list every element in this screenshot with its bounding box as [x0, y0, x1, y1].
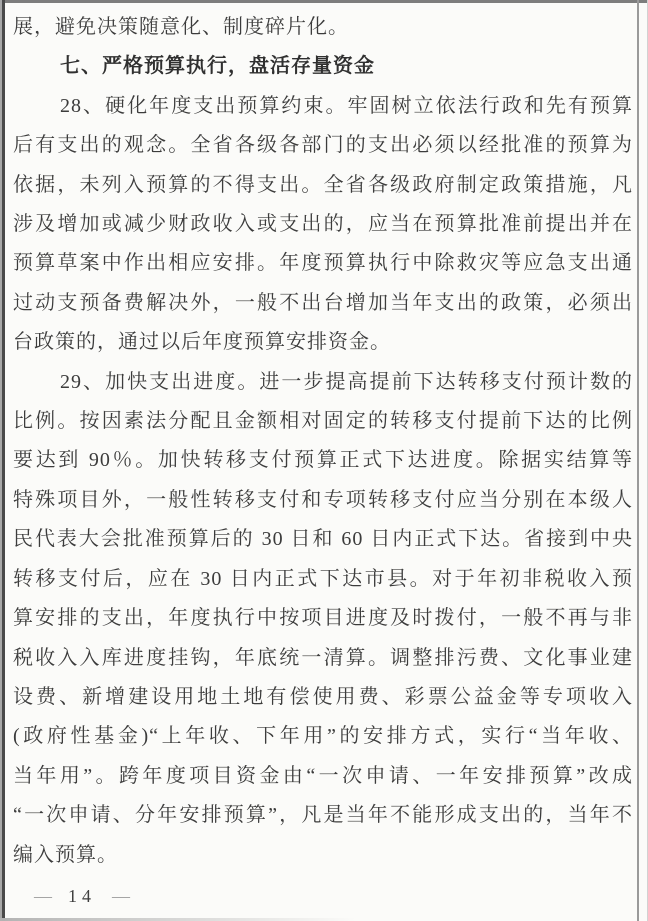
page-number: 14	[68, 886, 96, 907]
footer-right-dash: —	[112, 886, 130, 907]
text-line: 比例。按因素法分配且金额相对固定的转移支付提前下达的比例	[13, 402, 633, 441]
text-line: 民代表大会批准预算后的 30 日和 60 日内正式下达。省接到中央	[13, 520, 633, 559]
text-line: 编入预算。	[13, 836, 633, 875]
document-body: 展，避免决策随意化、制度碎片化。 七、严格预算执行，盘活存量资金 28、硬化年度…	[13, 8, 633, 875]
text-line: 税收入入库进度挂钩，年底统一清算。调整排污费、文化事业建	[13, 639, 633, 678]
text-line: 特殊项目外，一般性转移支付和专项转移支付应当分别在本级人	[13, 481, 633, 520]
text-line: 台政策的，通过以后年度预算安排资金。	[13, 323, 633, 362]
text-line: 涉及增加或减少财政收入或支出的，应当在预算批准前提出并在	[13, 205, 633, 244]
text-line: 当年用”。跨年度项目资金由“一次申请、一年安排预算”改成	[13, 757, 633, 796]
text-line: 过动支预备费解决外，一般不出台增加当年支出的政策，必须出	[13, 284, 633, 323]
text-line: “一次申请、分年安排预算”，凡是当年不能形成支出的，当年不	[13, 796, 633, 835]
text-line: 29、加快支出进度。进一步提高提前下达转移支付预计数的	[13, 363, 633, 402]
text-line: 预算草案中作出相应安排。年度预算执行中除救灾等应急支出通	[13, 244, 633, 283]
page-number-footer: — 14 —	[34, 886, 130, 907]
text-line: 要达到 90％。加快转移支付预算正式下达进度。除据实结算等	[13, 441, 633, 480]
scanned-document-page: 展，避免决策随意化、制度碎片化。 七、严格预算执行，盘活存量资金 28、硬化年度…	[0, 0, 648, 921]
text-line: 算安排的支出，年度执行中按项目进度及时拨付，一般不再与非	[13, 599, 633, 638]
text-line: (政府性基金)“上年收、下年用”的安排方式，实行“当年收、	[13, 717, 633, 756]
text-line: 设费、新增建设用地土地有偿使用费、彩票公益金等专项收入	[13, 678, 633, 717]
text-line: 28、硬化年度支出预算约束。牢固树立依法行政和先有预算	[13, 87, 633, 126]
scan-edge-right-line	[637, 0, 639, 921]
footer-left-dash: —	[34, 886, 52, 907]
scan-edge-top	[0, 0, 648, 3]
text-line: 转移支付后，应在 30 日内正式下达市县。对于年初非税收入预	[13, 560, 633, 599]
text-line: 依据，未列入预算的不得支出。全省各级政府制定政策措施，凡	[13, 166, 633, 205]
section-heading: 七、严格预算执行，盘活存量资金	[13, 47, 633, 86]
text-line: 后有支出的观念。全省各级各部门的支出必须以经批准的预算为	[13, 126, 633, 165]
scan-edge-left-line	[2, 0, 5, 921]
text-line: 展，避免决策随意化、制度碎片化。	[13, 8, 633, 47]
